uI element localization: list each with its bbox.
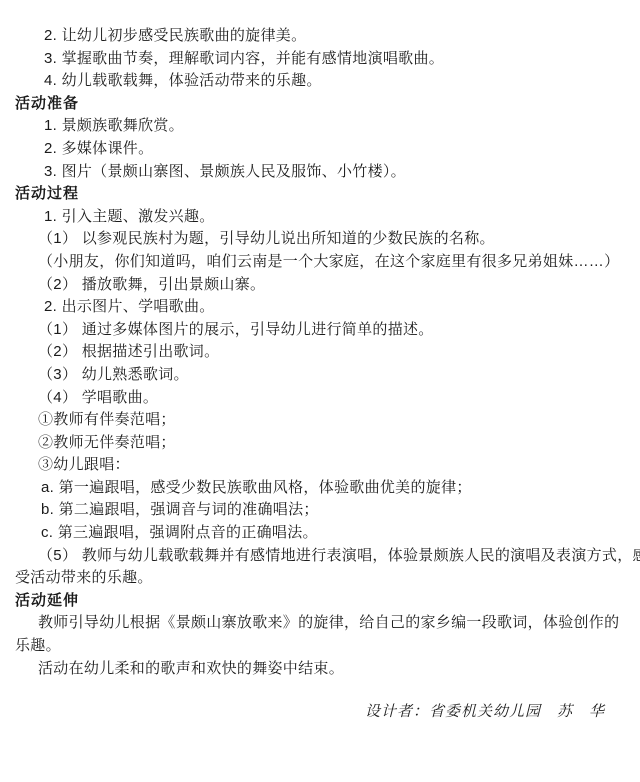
doc-line: 受活动带来的乐趣。 — [15, 567, 628, 590]
doc-line: ①教师有伴奏范唱； — [15, 409, 628, 432]
doc-line: （2） 根据描述引出歌词。 — [15, 341, 628, 364]
doc-line: （2） 播放歌舞，引出景颇山寨。 — [15, 274, 628, 297]
doc-line: c. 第三遍跟唱，强调附点音的正确唱法。 — [15, 522, 628, 545]
doc-line: 乐趣。 — [15, 635, 628, 658]
doc-line: 活动在幼儿柔和的歌声和欢快的舞姿中结束。 — [15, 658, 628, 681]
doc-line: （1） 通过多媒体图片的展示，引导幼儿进行简单的描述。 — [15, 319, 628, 342]
doc-line: （1） 以参观民族村为题，引导幼儿说出所知道的少数民族的名称。 — [15, 228, 628, 251]
section-heading: 活动过程 — [15, 183, 628, 206]
document-body: 2. 让幼儿初步感受民族歌曲的旋律美。3. 掌握歌曲节奏，理解歌词内容，并能有感… — [15, 25, 628, 724]
doc-line: 3. 图片（景颇山寨图、景颇族人民及服饰、小竹楼）。 — [15, 161, 628, 184]
doc-line: 2. 让幼儿初步感受民族歌曲的旋律美。 — [15, 25, 628, 48]
doc-line: 2. 出示图片、学唱歌曲。 — [15, 296, 628, 319]
doc-line: 1. 景颇族歌舞欣赏。 — [15, 115, 628, 138]
section-heading: 活动延伸 — [15, 590, 628, 613]
document-page: 2. 让幼儿初步感受民族歌曲的旋律美。3. 掌握歌曲节奏，理解歌词内容，并能有感… — [0, 0, 640, 782]
doc-line: （5） 教师与幼儿载歌载舞并有感情地进行表演唱，体验景颇族人民的演唱及表演方式，… — [15, 545, 628, 568]
doc-line: ②教师无伴奏范唱； — [15, 432, 628, 455]
doc-line: 4. 幼儿载歌载舞，体验活动带来的乐趣。 — [15, 70, 628, 93]
doc-line: b. 第二遍跟唱，强调音与词的准确唱法； — [15, 499, 628, 522]
doc-line: （小朋友，你们知道吗，咱们云南是一个大家庭，在这个家庭里有很多兄弟姐妹……） — [15, 251, 628, 274]
doc-line: 1. 引入主题、激发兴趣。 — [15, 206, 628, 229]
doc-line: 3. 掌握歌曲节奏，理解歌词内容，并能有感情地演唱歌曲。 — [15, 48, 628, 71]
doc-line: （4） 学唱歌曲。 — [15, 387, 628, 410]
doc-line: （3） 幼儿熟悉歌词。 — [15, 364, 628, 387]
doc-line: ③幼儿跟唱： — [15, 454, 628, 477]
doc-line: 2. 多媒体课件。 — [15, 138, 628, 161]
section-heading: 活动准备 — [15, 93, 628, 116]
doc-line: a. 第一遍跟唱，感受少数民族歌曲风格，体验歌曲优美的旋律； — [15, 477, 628, 500]
doc-line: 教师引导幼儿根据《景颇山寨放歌来》的旋律，给自己的家乡编一段歌词，体验创作的 — [15, 612, 628, 635]
designer-credit: 设计者：省委机关幼儿园 苏 华 — [15, 701, 628, 724]
